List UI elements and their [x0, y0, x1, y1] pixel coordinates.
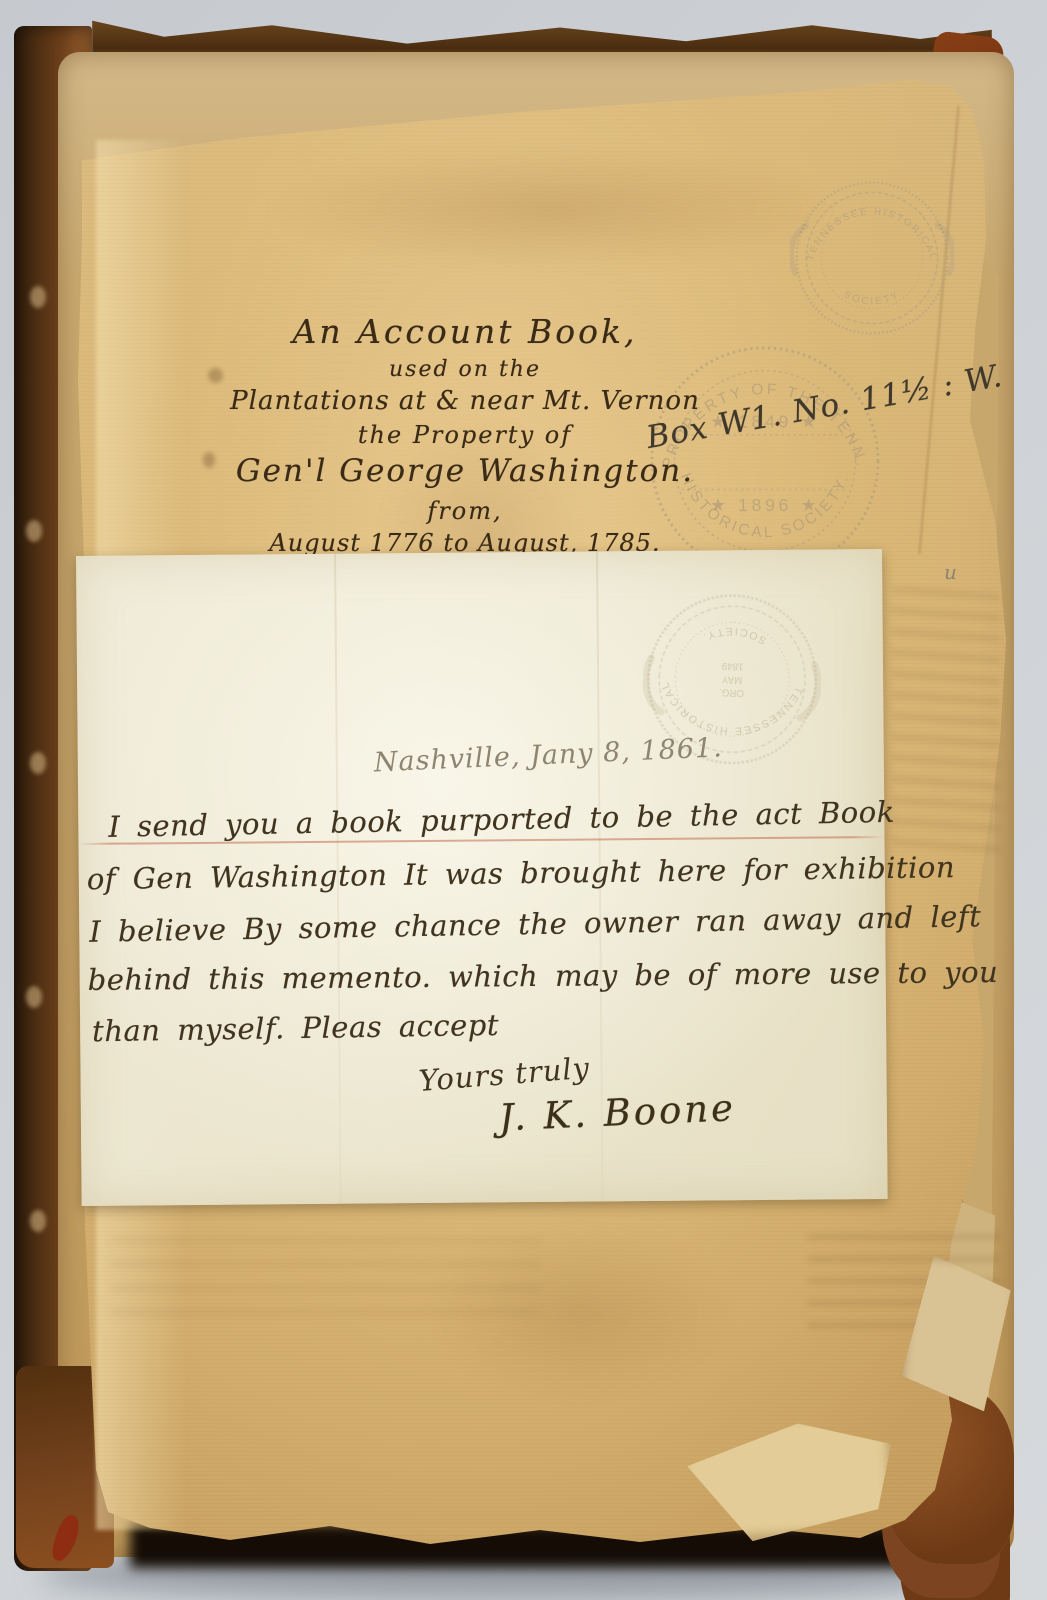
spine-stitch-knot [30, 286, 46, 308]
title-line-6: from, [185, 497, 745, 525]
seal-flourish-right-icon [938, 225, 953, 273]
spine-stitch-knot [30, 752, 46, 774]
margin-pencil-mark: u [944, 560, 957, 584]
seal-center-1849: 1849 [722, 660, 744, 672]
seal-center-may: MAY [721, 673, 742, 685]
spine-stitch-knot [26, 520, 42, 542]
seal-arc-top-text: TENNESSEE HISTORICAL [805, 207, 939, 263]
letter-body-line-4: behind this memento. which may be of mor… [88, 955, 999, 997]
title-line-2: used on the [185, 357, 745, 382]
title-line-5: Gen'l George Washington. [185, 453, 745, 489]
pasted-letter: TENNESSEE HISTORICAL SOCIETY. ORG. MAY 1… [76, 549, 888, 1206]
ink-bleedthrough [892, 588, 1000, 860]
seal-center-org: ORG. [719, 686, 744, 698]
embossed-seal-top-right: TENNESSEE HISTORICAL SOCIETY [790, 176, 954, 340]
letter-body-line-2: of Gen Washington It was brought here fo… [87, 850, 956, 896]
letter-dateline: Nashville, Jany 8, 1861. [373, 732, 723, 778]
water-stain [270, 148, 830, 268]
seal-flourish-left-icon [791, 225, 806, 273]
title-line-3: Plantations at & near Mt. Vernon [185, 386, 745, 416]
spine-stitch-knot [30, 1210, 46, 1232]
letter-body-line-5: than myself. Pleas accept [92, 1008, 499, 1048]
letter-signature: J. K. Boone [498, 1086, 737, 1139]
letter-closing: Yours truly [417, 1051, 591, 1098]
scanned-account-book-page: TENNESSEE HISTORICAL SOCIETY PROPERTY OF… [0, 0, 1047, 1600]
ink-bleedthrough [110, 1238, 540, 1333]
title-line-1: An Account Book, [185, 312, 745, 351]
letter-body-line-3: I believe By some chance the owner ran a… [89, 899, 982, 949]
spine-stitch-knot [26, 986, 42, 1008]
